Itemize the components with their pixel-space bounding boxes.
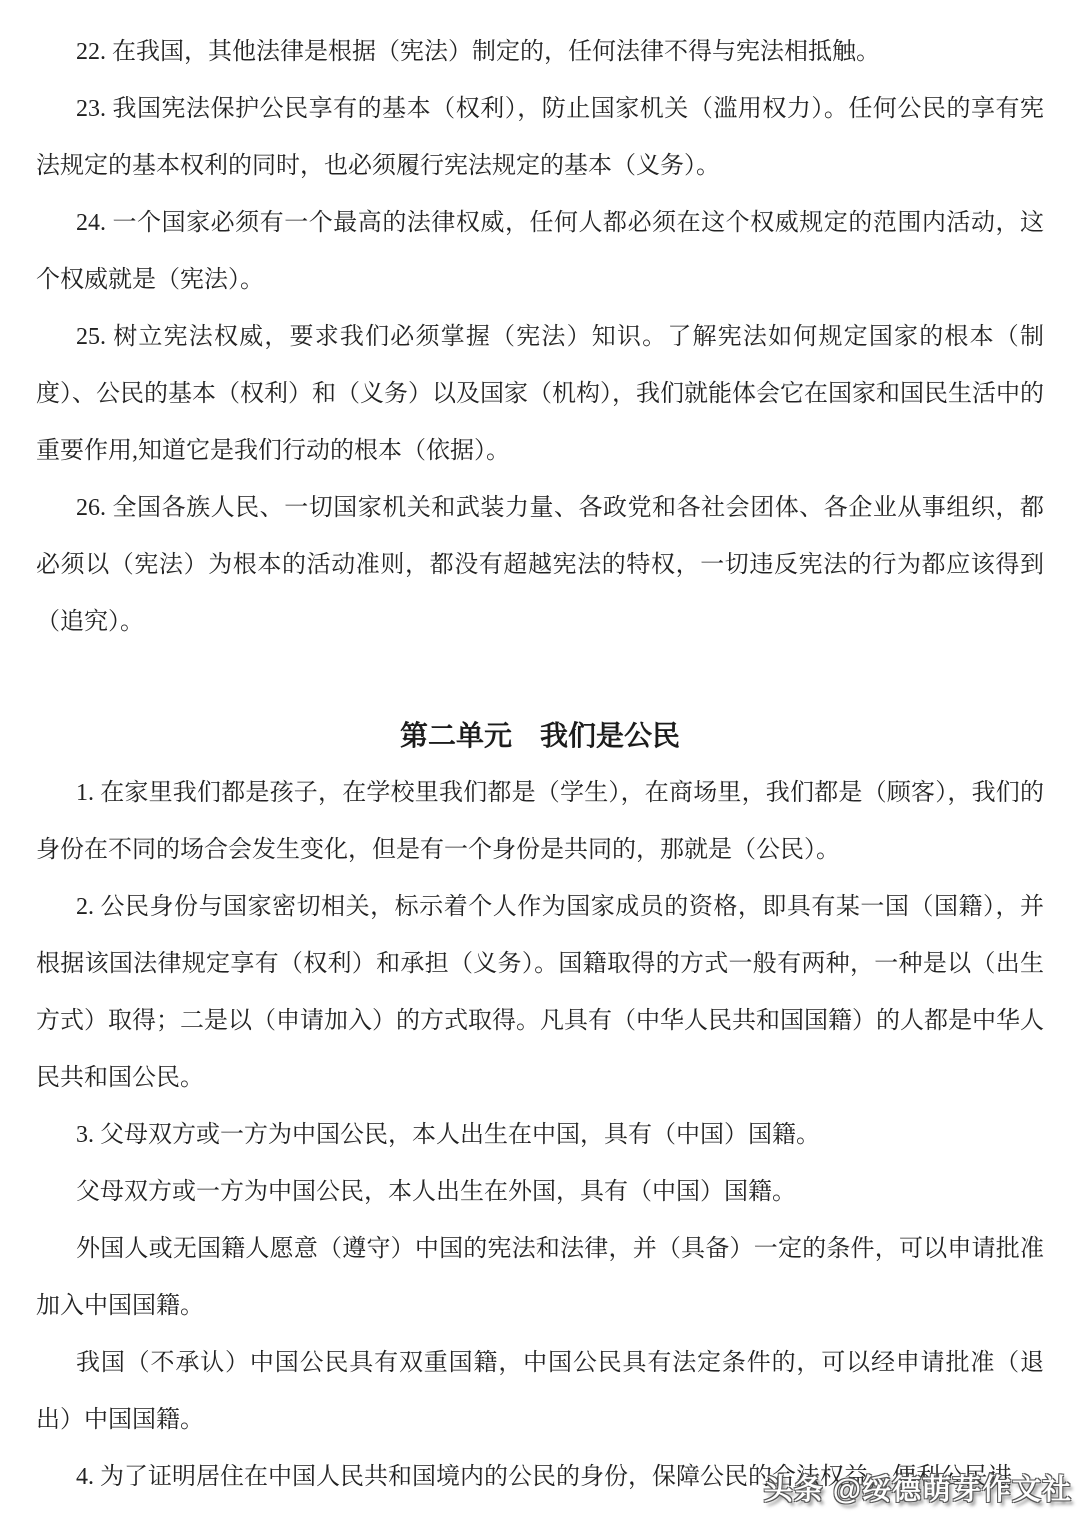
constitution-item-22: 22. 在我国，其他法律是根据（宪法）制定的，任何法律不得与宪法相抵触。 bbox=[36, 24, 1044, 81]
citizen-item-3-born-abroad: 父母双方或一方为中国公民，本人出生在外国，具有（中国）国籍。 bbox=[36, 1164, 1044, 1221]
constitution-item-26: 26. 全国各族人民、一切国家机关和武装力量、各政党和各社会团体、各企业从事组织… bbox=[36, 480, 1044, 651]
citizen-item-2: 2. 公民身份与国家密切相关，标示着个人作为国家成员的资格，即具有某一国（国籍）… bbox=[36, 879, 1044, 1107]
watermark-toutiao: 头条 @绥德萌芽作文社 bbox=[764, 1467, 1072, 1508]
constitution-item-25: 25. 树立宪法权威，要求我们必须掌握（宪法）知识。了解宪法如何规定国家的根本（… bbox=[36, 309, 1044, 480]
citizen-item-3-dual-nationality: 我国（不承认）中国公民具有双重国籍，中国公民具有法定条件的，可以经申请批准（退出… bbox=[36, 1335, 1044, 1449]
unit2-heading: 第二单元 我们是公民 bbox=[36, 708, 1044, 765]
citizen-item-3-foreigner-join: 外国人或无国籍人愿意（遵守）中国的宪法和法律，并（具备）一定的条件，可以申请批准… bbox=[36, 1221, 1044, 1335]
constitution-item-23: 23. 我国宪法保护公民享有的基本（权利），防止国家机关（滥用权力）。任何公民的… bbox=[36, 81, 1044, 195]
citizen-item-1: 1. 在家里我们都是孩子，在学校里我们都是（学生），在商场里，我们都是（顾客），… bbox=[36, 765, 1044, 879]
document-page: 22. 在我国，其他法律是根据（宪法）制定的，任何法律不得与宪法相抵触。 23.… bbox=[0, 0, 1080, 1506]
constitution-item-24: 24. 一个国家必须有一个最高的法律权威，任何人都必须在这个权威规定的范围内活动… bbox=[36, 195, 1044, 309]
citizen-item-3: 3. 父母双方或一方为中国公民，本人出生在中国，具有（中国）国籍。 bbox=[36, 1107, 1044, 1164]
